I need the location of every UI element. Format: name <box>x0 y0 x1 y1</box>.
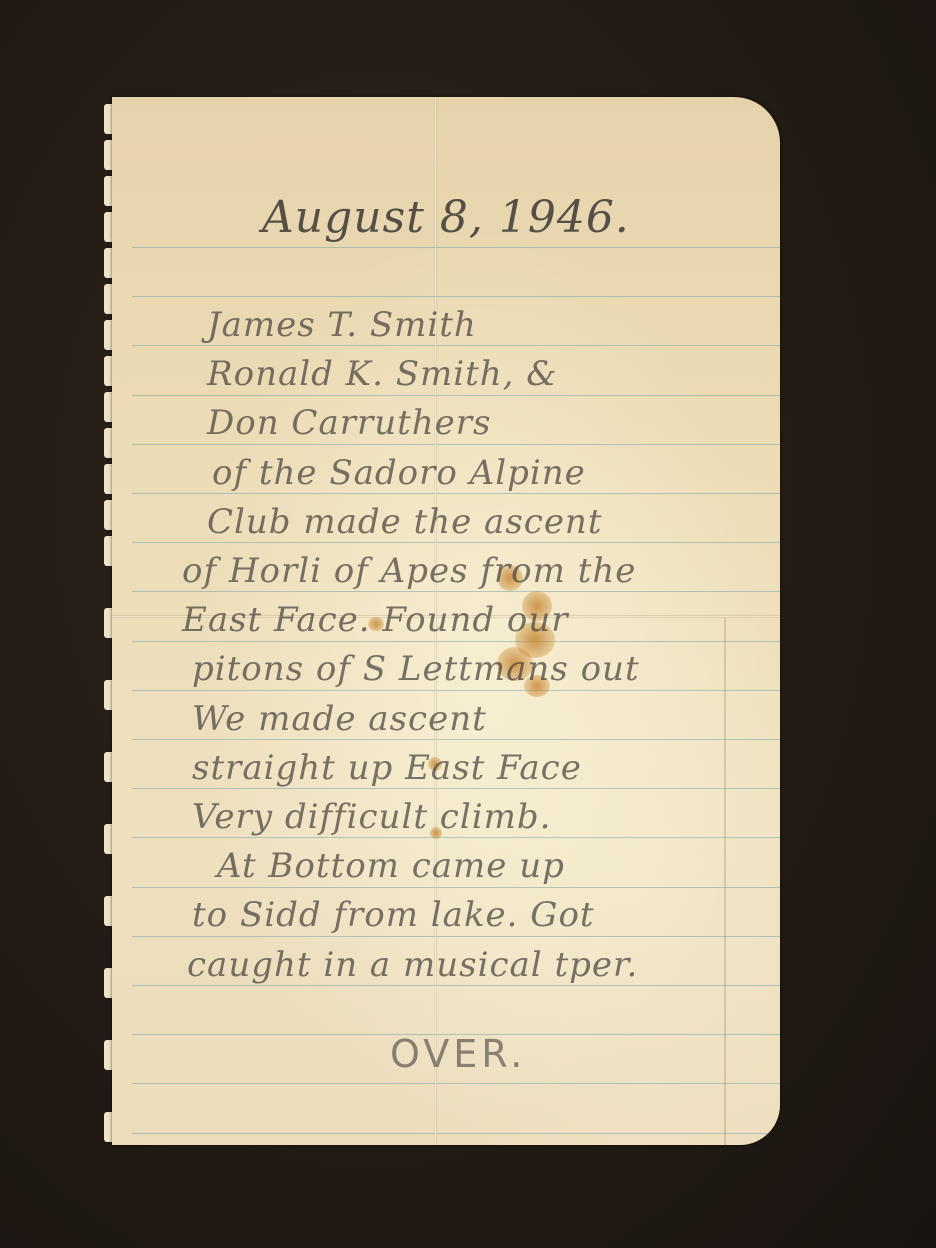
note-line: At Bottom came up <box>217 846 565 886</box>
note-line: straight up East Face <box>192 748 582 788</box>
ruled-line <box>132 690 780 691</box>
ruled-line <box>132 739 780 740</box>
note-line: Very difficult climb. <box>192 797 551 837</box>
ruled-line <box>132 837 780 838</box>
note-line: of Horli of Apes from the <box>182 551 636 591</box>
ruled-line <box>132 493 780 494</box>
ruled-line <box>132 641 780 642</box>
note-line: caught in a musical tper. <box>187 945 638 985</box>
ruled-line <box>132 296 780 297</box>
ruled-line <box>132 1083 780 1084</box>
ruled-line <box>132 444 780 445</box>
note-line: James T. Smith <box>207 305 477 345</box>
notebook-page: August 8, 1946. James T. SmithRonald K. … <box>112 97 780 1145</box>
photo: August 8, 1946. James T. SmithRonald K. … <box>0 0 936 1248</box>
ruled-line <box>132 887 780 888</box>
ruled-line <box>132 591 780 592</box>
note-line: Club made the ascent <box>207 502 603 542</box>
ruled-line <box>132 345 780 346</box>
ruled-line <box>132 395 780 396</box>
note-line: pitons of S Lettmans out <box>192 649 640 689</box>
right-fold-crease <box>724 617 726 1145</box>
ruled-line <box>132 542 780 543</box>
note-line: East Face. Found our <box>182 600 569 640</box>
note-line: Don Carruthers <box>207 403 492 443</box>
ruled-line <box>132 788 780 789</box>
ruled-line <box>132 1133 780 1134</box>
note-line: of the Sadoro Alpine <box>212 453 586 493</box>
note-line: to Sidd from lake. Got <box>192 895 595 935</box>
note-footer-over: OVER. <box>390 1032 526 1076</box>
ruled-line <box>132 936 780 937</box>
note-line: Ronald K. Smith, & <box>207 354 558 394</box>
note-line: We made ascent <box>192 699 487 739</box>
ruled-line <box>132 247 780 248</box>
ruled-line <box>132 985 780 986</box>
note-date: August 8, 1946. <box>262 192 630 243</box>
